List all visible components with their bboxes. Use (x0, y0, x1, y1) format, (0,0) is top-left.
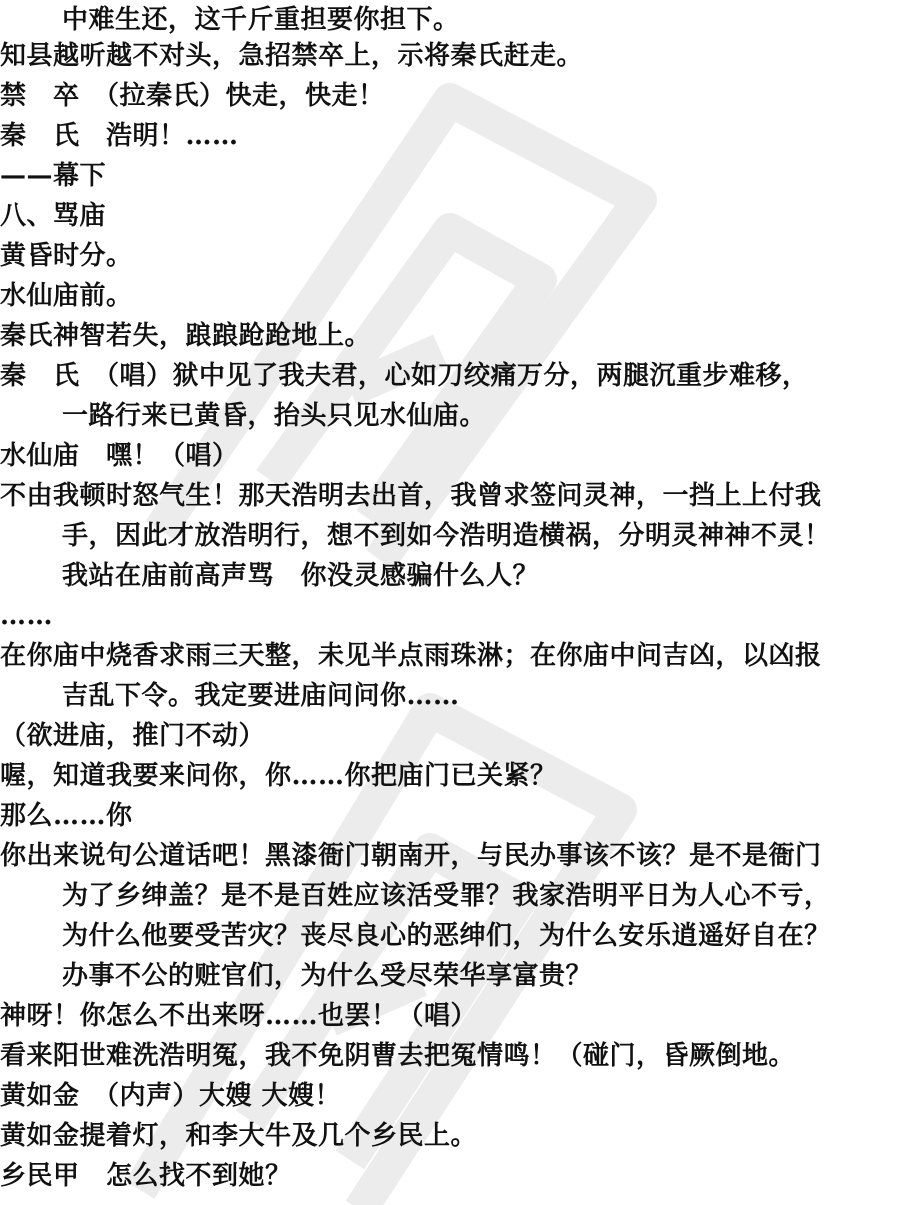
dialogue-line: 秦 氏 浩明！…… (0, 116, 239, 156)
ellipsis-line: …… (0, 596, 53, 636)
stage-direction: 黄昏时分。 (0, 236, 133, 276)
dialogue-line: 乡民甲 怎么找不到她？ (0, 1156, 292, 1196)
dialogue-line: 在你庙中烧香求雨三天整，未见半点雨珠淋；在你庙中问吉凶，以凶报 (0, 636, 822, 676)
dialogue-line: 禁 卒 （拉秦氏）快走，快走！ (0, 76, 385, 116)
dialogue-continuation: 为什么他要受苦灾？丧尽良心的恶绅们，为什么安乐逍遥好自在？ (62, 916, 831, 956)
dialogue-line: 不由我顿时怒气生！那天浩明去出首，我曾求签问灵神，一挡上上付我 (0, 476, 822, 516)
dialogue-line: 那么……你 (0, 796, 133, 836)
text-line: 中难生还，这千斤重担要你担下。 (62, 0, 460, 40)
dialogue-continuation: 办事不公的赃官们，为什么受尽荣华享富贵？ (62, 956, 592, 996)
dialogue-continuation: 我站在庙前高声骂 你没灵感骗什么人？ (62, 556, 539, 596)
scene-heading: 八、骂庙 (0, 196, 106, 236)
dialogue-continuation: 为了乡绅盖？是不是百姓应该活受罪？我家浩明平日为人心不亏， (62, 876, 831, 916)
dialogue-line: 神呀！你怎么不出来呀……也罢！（唱） (0, 996, 477, 1036)
stage-direction: 秦氏神智若失，踉踉跄跄地上。 (0, 316, 371, 356)
dialogue-continuation: 吉乱下令。我定要进庙问问你…… (62, 676, 460, 716)
dialogue-continuation: 一路行来已黄昏，抬头只见水仙庙。 (62, 396, 486, 436)
stage-direction: 黄如金提着灯，和李大牛及几个乡民上。 (0, 1116, 477, 1156)
dialogue-line: 你出来说句公道话吧！黑漆衙门朝南开，与民办事该不该？是不是衙门 (0, 836, 822, 876)
stage-direction: （欲进庙，推门不动） (0, 716, 265, 756)
stage-direction: 水仙庙前。 (0, 276, 133, 316)
curtain-down: ——幕下 (0, 156, 106, 196)
dialogue-line: 看来阳世难洗浩明冤，我不免阴曹去把冤情鸣！（碰门，昏厥倒地。 (0, 1036, 795, 1076)
dialogue-line: 黄如金 （内声）大嫂 大嫂！ (0, 1076, 341, 1116)
dialogue-line: 喔，知道我要来问你，你……你把庙门已关紧？ (0, 756, 557, 796)
stage-direction: 知县越听越不对头，急招禁卒上，示将秦氏赶走。 (0, 36, 583, 76)
dialogue-continuation: 手，因此才放浩明行，想不到如今浩明造横祸，分明灵神神不灵！ (62, 516, 831, 556)
dialogue-line: 秦 氏 （唱）狱中见了我夫君，心如刀绞痛万分，两腿沉重步难移， (0, 356, 809, 396)
dialogue-line: 水仙庙 嘿！（唱） (0, 436, 239, 476)
